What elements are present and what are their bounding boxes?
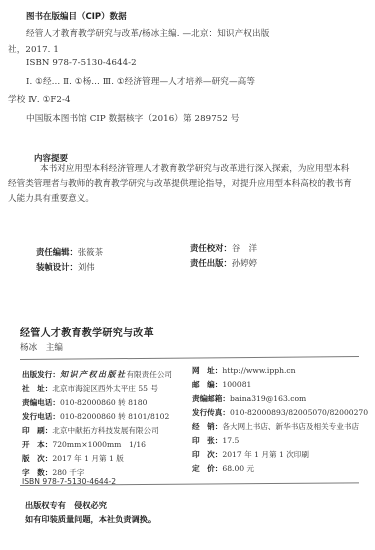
info-sales-phone: 发行电话：010-82000860 转 8101/8102 (22, 411, 169, 422)
copyright-notice: 出版权专有 侵权必究 (25, 500, 107, 511)
credit-print-label: 责任出版： (190, 258, 232, 268)
cip-line-2: 社，2017. 1 (8, 43, 59, 55)
info-format: 开 本：720mm×1000mm 1/16 (22, 439, 146, 450)
info-label: 印 次： (192, 450, 222, 459)
info-label: 邮 编： (192, 380, 222, 389)
info-value: 2017 年 1 月第 1 次印刷 (222, 450, 309, 459)
info-website: 网 址：http://www.ipph.cn (192, 365, 296, 376)
info-label: 印 张： (192, 436, 222, 445)
info-editor-email: 责编邮箱：baina319@163.com (192, 393, 306, 404)
info-label: 社 址： (22, 384, 52, 393)
info-address: 社 址：北京市海淀区西外太平庄 55 号 (22, 383, 158, 394)
info-postcode: 邮 编：100081 (192, 379, 251, 390)
summary-body: 本书对应用型本科经济管理人才教育教学研究与改革进行深入探索，为应用型本科经管类管… (8, 162, 353, 207)
credit-print: 责任出版：孙婷婷 (190, 251, 257, 270)
publisher-brand: 知识产权出版社 (60, 369, 127, 379)
info-printer: 印 刷：北京中献拓方科技发展有限公司 (22, 425, 159, 436)
cip-classification-1: Ⅰ. ①经… Ⅱ. ①杨… Ⅲ. ①经济管理—人才培养—研究—高等 (26, 75, 255, 87)
info-value: baina319@163.com (230, 394, 306, 403)
credit-design-value: 刘伟 (78, 262, 95, 272)
book-title: 经管人才教育教学研究与改革 (20, 324, 154, 339)
divider-top (20, 356, 359, 360)
info-publisher: 出版发行：知识产权出版社有限责任公司 (22, 369, 172, 380)
info-value: 720mm×1000mm 1/16 (52, 440, 146, 449)
info-value: 北京市海淀区西外太平庄 55 号 (52, 384, 158, 393)
info-value: 010-82000860 转 8180 (60, 398, 147, 407)
cip-record-number: 中国版本图书馆 CIP 数据核字（2016）第 289752 号 (26, 112, 239, 124)
info-impression: 印 次：2017 年 1 月第 1 次印刷 (192, 449, 309, 460)
info-value: http://www.ipph.cn (222, 366, 295, 375)
info-value: 2017 年 1 月第 1 版 (52, 454, 123, 463)
cip-classification-2: 学校 Ⅳ. ①F2-4 (8, 93, 71, 105)
info-edition: 版 次：2017 年 1 月第 1 版 (22, 453, 124, 464)
info-label: 责编电话： (22, 398, 60, 407)
info-label: 经 销： (192, 422, 222, 431)
cip-heading: 图书在版编目（CIP）数据 (26, 10, 127, 22)
info-label: 发行电话： (22, 412, 60, 421)
info-value: 各大网上书店、新华书店及相关专业书店 (222, 422, 359, 431)
info-label: 出版发行： (22, 370, 60, 379)
info-sheets: 印 张：17.5 (192, 435, 239, 446)
info-value: 010-82000860 转 8101/8102 (60, 412, 169, 421)
info-label: 定 价： (192, 464, 222, 473)
info-editor-phone: 责编电话：010-82000860 转 8180 (22, 397, 147, 408)
info-price: 定 价：68.00 元 (192, 463, 254, 474)
info-sales-fax: 发行传真：010-82000893/82005070/82000270 (192, 407, 368, 418)
quality-notice: 如有印装质量问题，本社负责调换。 (25, 514, 156, 525)
credit-design-label: 装帧设计： (36, 262, 78, 272)
credit-design: 装帧设计：刘伟 (36, 255, 95, 274)
info-value: 010-82000893/82005070/82000270 (230, 408, 368, 417)
info-label: 字 数： (22, 468, 52, 477)
book-author: 杨冰 主编 (20, 341, 63, 353)
cip-line-1: 经管人才教育教学研究与改革/杨冰主编. —北京：知识产权出版 (26, 27, 269, 39)
info-distribution: 经 销：各大网上书店、新华书店及相关专业书店 (192, 421, 359, 432)
credit-print-value: 孙婷婷 (232, 258, 257, 268)
info-label: 开 本： (22, 440, 52, 449)
info-label: 发行传真： (192, 408, 230, 417)
info-label: 责编邮箱： (192, 394, 230, 403)
info-value: 17.5 (222, 436, 239, 445)
info-value: 有限责任公司 (126, 370, 172, 379)
info-value: 北京中献拓方科技发展有限公司 (52, 426, 158, 435)
info-label: 网 址： (192, 366, 222, 375)
info-label: 印 刷： (22, 426, 52, 435)
info-value: 280 千字 (52, 468, 84, 477)
info-value: 100081 (222, 380, 251, 389)
info-label: 版 次： (22, 454, 52, 463)
info-value: 68.00 元 (222, 464, 254, 473)
cip-isbn: ISBN 978-7-5130-4644-2 (26, 58, 137, 68)
